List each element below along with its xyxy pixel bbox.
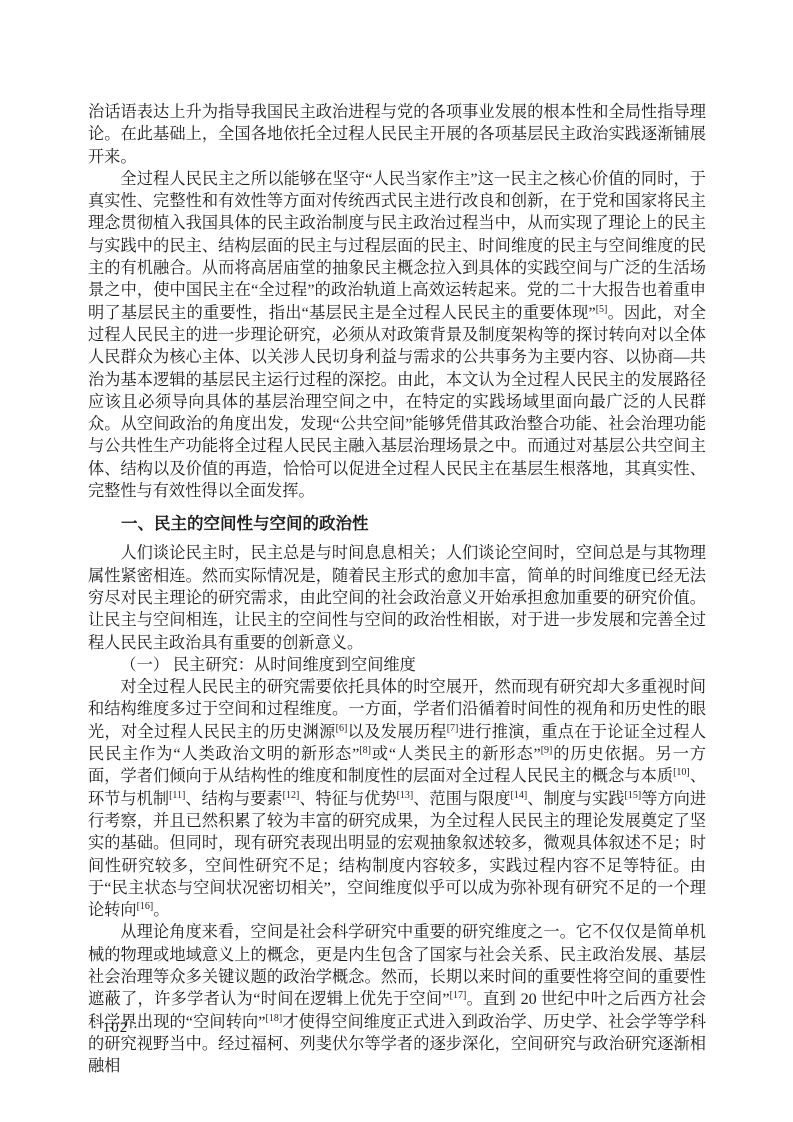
document-page: 治话语表达上升为指导我国民主政治进程与党的各项事业发展的根本性和全局性指导理论。…	[0, 0, 793, 1122]
citation-marker: [12]	[283, 790, 300, 801]
paragraph: 从理论角度来看，空间是社会科学研究中重要的研究维度之一。它不仅仅是简单机械的物理…	[88, 921, 706, 1077]
subsection-heading: （一） 民主研究：从时间维度到空间维度	[88, 654, 706, 676]
paragraph: 人们谈论民主时，民主总是与时间息息相关；人们谈论空间时，空间总是与其物理属性紧密…	[88, 542, 706, 653]
article-body: 治话语表达上升为指导我国民主政治进程与党的各项事业发展的根本性和全局性指导理论。…	[88, 101, 706, 1077]
citation-marker: [18]	[266, 1013, 283, 1024]
citation-marker: [17]	[450, 990, 467, 1001]
citation-marker: [11]	[169, 790, 185, 801]
citation-marker: [16]	[137, 901, 154, 912]
citation-marker: [10]	[673, 767, 690, 778]
page-number: · 102 ·	[92, 1018, 139, 1038]
paragraph: 全过程人民民主之所以能够在坚守“人民当家作主”这一民主之核心价值的同时，于真实性…	[88, 168, 706, 502]
citation-marker: [8]	[359, 745, 371, 756]
citation-marker: [9]	[541, 745, 553, 756]
citation-marker: [6]	[336, 723, 348, 734]
section-heading: 一、民主的空间性与空间的政治性	[88, 512, 706, 536]
paragraph: 对全过程人民民主的研究需要依托具体的时空展开，然而现有研究却大多重视时间和结构维…	[88, 676, 706, 921]
citation-marker: [14]	[511, 790, 528, 801]
citation-marker: [7]	[447, 723, 459, 734]
citation-marker: [5]	[596, 304, 608, 315]
citation-marker: [15]	[625, 790, 642, 801]
citation-marker: [13]	[397, 790, 414, 801]
paragraph-continuation: 治话语表达上升为指导我国民主政治进程与党的各项事业发展的根本性和全局性指导理论。…	[88, 101, 706, 168]
